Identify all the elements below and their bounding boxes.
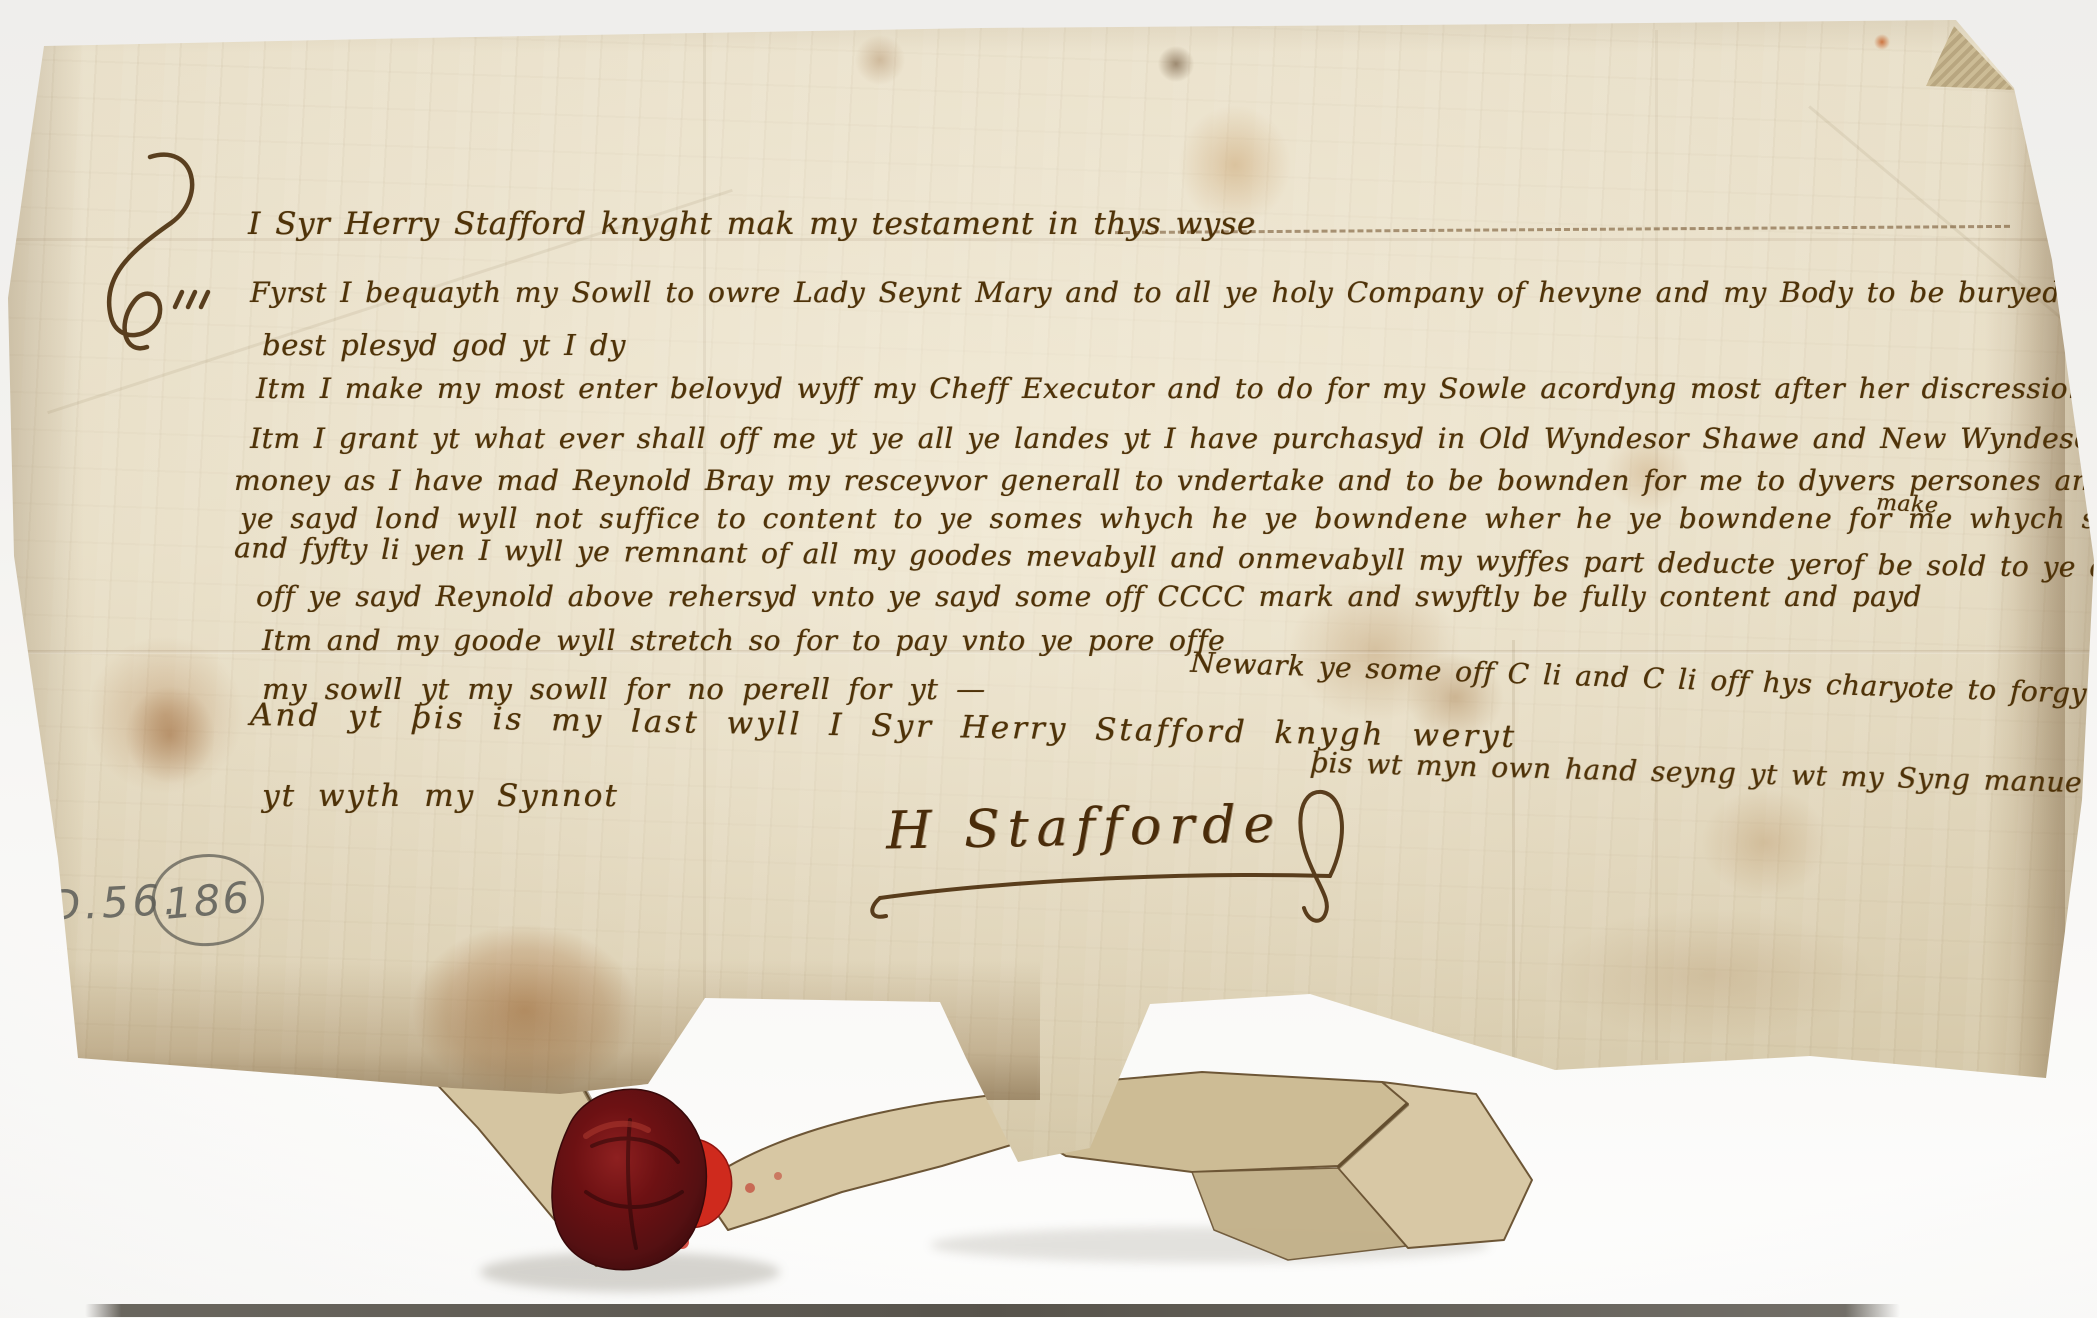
manuscript-line: ye sayd lond wyll not suffice to content… <box>240 502 2097 535</box>
edge-vignette <box>0 0 2097 1318</box>
scan-edge-strip <box>85 1304 1900 1317</box>
manuscript-line: þis wt myn own hand seyng yt wt my Syng … <box>1310 746 2097 803</box>
manuscript-line: Itm and my goode wyll stretch so for to … <box>262 624 1225 657</box>
manuscript-line: money as I have mad Reynold Bray my resc… <box>234 464 2097 497</box>
item-number: 186 <box>163 872 253 928</box>
manuscript-line: and fyfty li yen I wyll ye remnant of al… <box>234 531 2097 585</box>
manuscript-line: Newark ye some off C li and C li off hys… <box>1190 646 2097 711</box>
crease <box>1512 640 1515 1080</box>
manuscript-line: best plesyd god yt I dy <box>262 328 626 362</box>
stain <box>1150 38 1202 90</box>
manuscript-line: I Syr Herry Stafford knyght mak my testa… <box>248 206 1256 242</box>
manuscript-line: Fyrst I bequayth my Sowll to owre Lady S… <box>250 276 2097 309</box>
margin-flourish-icon <box>55 135 245 435</box>
stain <box>60 610 270 820</box>
wax-seal <box>552 1089 706 1270</box>
signature-swash <box>860 780 1380 960</box>
stain <box>1872 32 1892 52</box>
manuscript-line: yt wyth my Synnot <box>262 778 619 814</box>
corner-fold <box>1924 18 2016 92</box>
stain <box>110 670 230 800</box>
crease <box>1808 105 2097 377</box>
parchment-sheet: I Syr Herry Stafford knyght mak my testa… <box>0 0 2097 1318</box>
manuscript-line: Itm I make my most enter belovyd wyff my… <box>256 372 2097 405</box>
manuscript-line: off ye sayd Reynold above rehersyd vnto … <box>256 580 1922 613</box>
stain <box>1500 890 1920 1060</box>
manuscript-scan: I Syr Herry Stafford knyght mak my testa… <box>0 0 2097 1318</box>
manuscript-line: Itm I grant yt what ever shall off me yt… <box>250 422 2097 455</box>
circled-number: 186 <box>148 849 268 950</box>
stain <box>845 25 915 95</box>
crease <box>1655 30 1658 1060</box>
